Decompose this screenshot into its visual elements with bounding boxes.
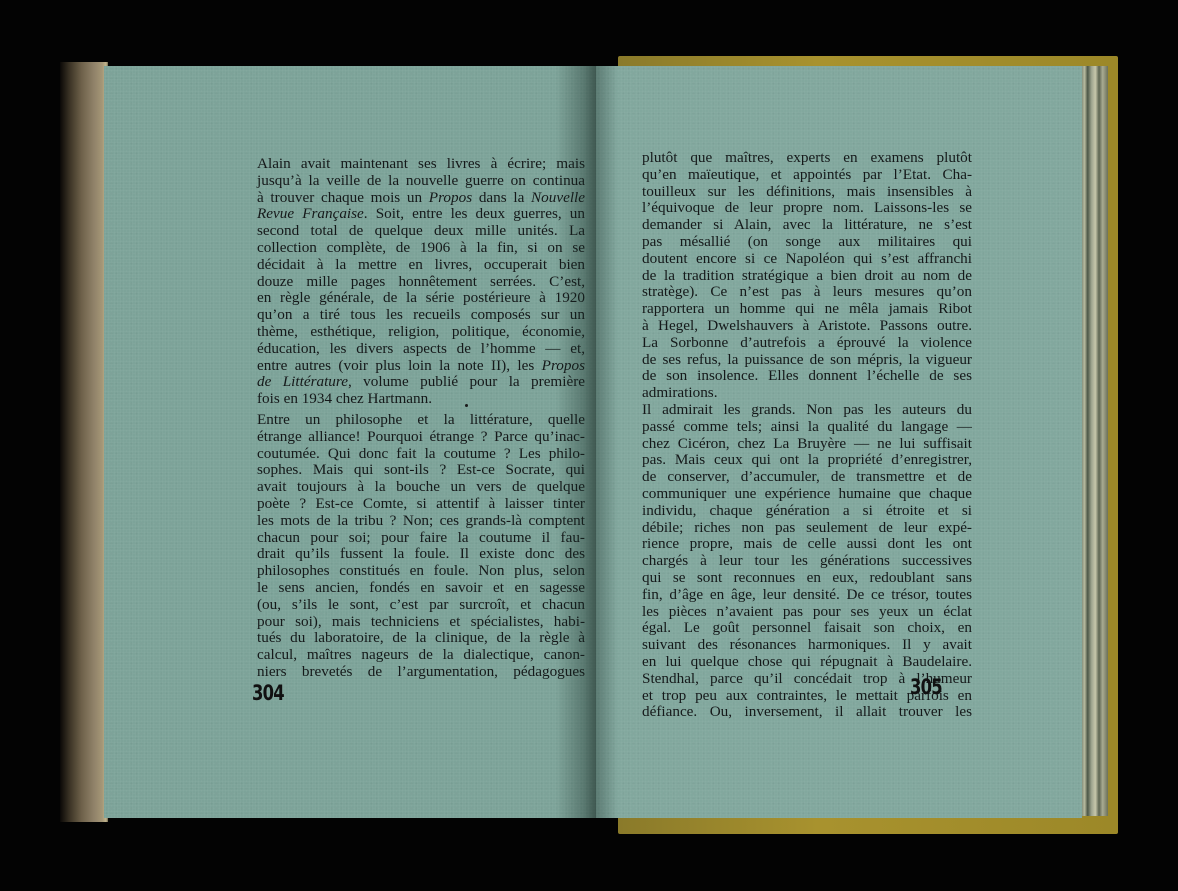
text-line: doutent encore si ce Napoléon qui s’est …	[642, 251, 972, 268]
text-line: jusqu’à la veille de la nouvelle guerre …	[257, 173, 585, 190]
text-line: collection complète, de 1906 à la fin, s…	[257, 240, 585, 257]
text-line: fin, d’âge en âge, leur densité. De ce t…	[642, 587, 972, 604]
page-edges-right	[1078, 66, 1108, 816]
text-line: de ses refus, la puissance de son mépris…	[642, 352, 972, 369]
text-line: rience propre, mais de celle aussi dont …	[642, 536, 972, 553]
left-paragraph-1: Alain avait maintenant ses livres à écri…	[257, 156, 585, 408]
text-line: de la tradition stratégique a bien droit…	[642, 268, 972, 285]
page-number-right: 305	[910, 675, 942, 699]
left-page: Alain avait maintenant ses livres à écri…	[104, 66, 596, 818]
text-line: second total de quelque deux mille unité…	[257, 223, 585, 240]
text-line: Revue Française. Soit, entre les deux gu…	[257, 206, 585, 223]
right-page: plutôt que maîtres, experts en examens p…	[596, 66, 1082, 818]
text-line: suivant des résonances harmoniques. Il y…	[642, 637, 972, 654]
text-line: de conserver, d’accumuler, de transmettr…	[642, 469, 972, 486]
text-line: Entre un philosophe et la littérature, q…	[257, 412, 585, 429]
page-number-left: 304	[252, 681, 284, 705]
text-line: Il admirait les grands. Non pas les aute…	[642, 402, 972, 419]
text-line: de Littérature, volume publié pour la pr…	[257, 374, 585, 391]
text-line: débile; riches non pas seulement de leur…	[642, 520, 972, 537]
text-line: admirations.	[642, 385, 972, 402]
text-line: passé comme tels; ainsi la qualité du la…	[642, 419, 972, 436]
text-line: entre autres (voir plus loin la note II)…	[257, 358, 585, 375]
text-line: pas mésallié (on songe aux militaires qu…	[642, 234, 972, 251]
text-line: fois en 1934 chez Hartmann.	[257, 391, 585, 408]
text-line: chez Cicéron, chez La Bruyère — ne lui s…	[642, 436, 972, 453]
right-paragraph-1: plutôt que maîtres, experts en examens p…	[642, 150, 972, 402]
text-line: Alain avait maintenant ses livres à écri…	[257, 156, 585, 173]
section-ornament	[465, 404, 468, 407]
text-line: individu, chaque génération a si étroite…	[642, 503, 972, 520]
text-line: pas. Mais ceux qui ont la propriété d’en…	[642, 452, 972, 469]
text-line: plutôt que maîtres, experts en examens p…	[642, 150, 972, 167]
text-line: égal. Le goût personnel faisait son choi…	[642, 620, 972, 637]
text-line: de son insolence. Elles donnent l’échell…	[642, 368, 972, 385]
text-line: touilleux sur les définitions, mais inse…	[642, 184, 972, 201]
text-line: à trouver chaque mois un Propos dans la …	[257, 190, 585, 207]
text-line: en règle générale, de la série postérieu…	[257, 290, 585, 307]
text-line: les mots de la tribu ? Non; ces grands-l…	[257, 513, 585, 530]
page-edges-left	[60, 62, 108, 822]
text-line: qu’en maïeutique, et appointés par l’Eta…	[642, 167, 972, 184]
text-line: poète ? Est-ce Comte, si attentif à lais…	[257, 496, 585, 513]
text-line: sophes. Mais qui sont-ils ? Est-ce Socra…	[257, 462, 585, 479]
text-line: étrange alliance! Pourquoi étrange ? Par…	[257, 429, 585, 446]
text-line: en lui quelque chose qui répugnait à Bau…	[642, 654, 972, 671]
text-line: défiance. Ou, inversement, il allait tro…	[642, 704, 972, 721]
text-line: qu’on a tiré tous les recueils composés …	[257, 307, 585, 324]
text-line: douze mille pages honnêtement serrées. C…	[257, 274, 585, 291]
text-line: tués du laboratoire, de la clinique, de …	[257, 630, 585, 647]
text-line: calcul, maîtres nageurs de la dialectiqu…	[257, 647, 585, 664]
text-line: chargés à leur tour les générations succ…	[642, 553, 972, 570]
text-line: coutumée. Qui donc fait la coutume ? Les…	[257, 446, 585, 463]
text-line: La Sorbonne d’autrefois a éprouvé la vio…	[642, 335, 972, 352]
text-line: décidait à la mettre en livres, occupera…	[257, 257, 585, 274]
text-line: chacun pour soi; pour faire la coutume i…	[257, 530, 585, 547]
text-line: rapportera un homme qui ne mêla jamais R…	[642, 301, 972, 318]
text-line: niers brevetés de l’argumentation, pédag…	[257, 664, 585, 681]
text-line: demander si Alain, avec la littérature, …	[642, 217, 972, 234]
text-line: les pièces n’avaient pas pour ses yeux u…	[642, 604, 972, 621]
text-line: l’équivoque de leur propre nom. Laissons…	[642, 200, 972, 217]
text-line: éducation, les divers aspects de l’homme…	[257, 341, 585, 358]
text-line: thème, esthétique, religion, politique, …	[257, 324, 585, 341]
text-line: à Hegel, Dwelshauvers à Aristote. Passon…	[642, 318, 972, 335]
text-line: avait toujours à la bouche un vers de qu…	[257, 479, 585, 496]
text-line: drait qu’ils fussent la foule. Il existe…	[257, 546, 585, 563]
text-line: le sens ancien, fondés en savoir et en s…	[257, 580, 585, 597]
right-paragraph-2: Il admirait les grands. Non pas les aute…	[642, 402, 972, 721]
text-line: qui se sont reconnues en eux, redoublant…	[642, 570, 972, 587]
text-line: communiquer une expérience humaine que c…	[642, 486, 972, 503]
text-line: philosophes constitués en foule. Non plu…	[257, 563, 585, 580]
left-paragraph-2: Entre un philosophe et la littérature, q…	[257, 412, 585, 681]
text-line: pour soi), mais techniciens et spécialis…	[257, 614, 585, 631]
text-line: stratège). Ce n’est pas à leurs mesures …	[642, 284, 972, 301]
text-line: (ou, s’ils le sont, c’est par surcroît, …	[257, 597, 585, 614]
